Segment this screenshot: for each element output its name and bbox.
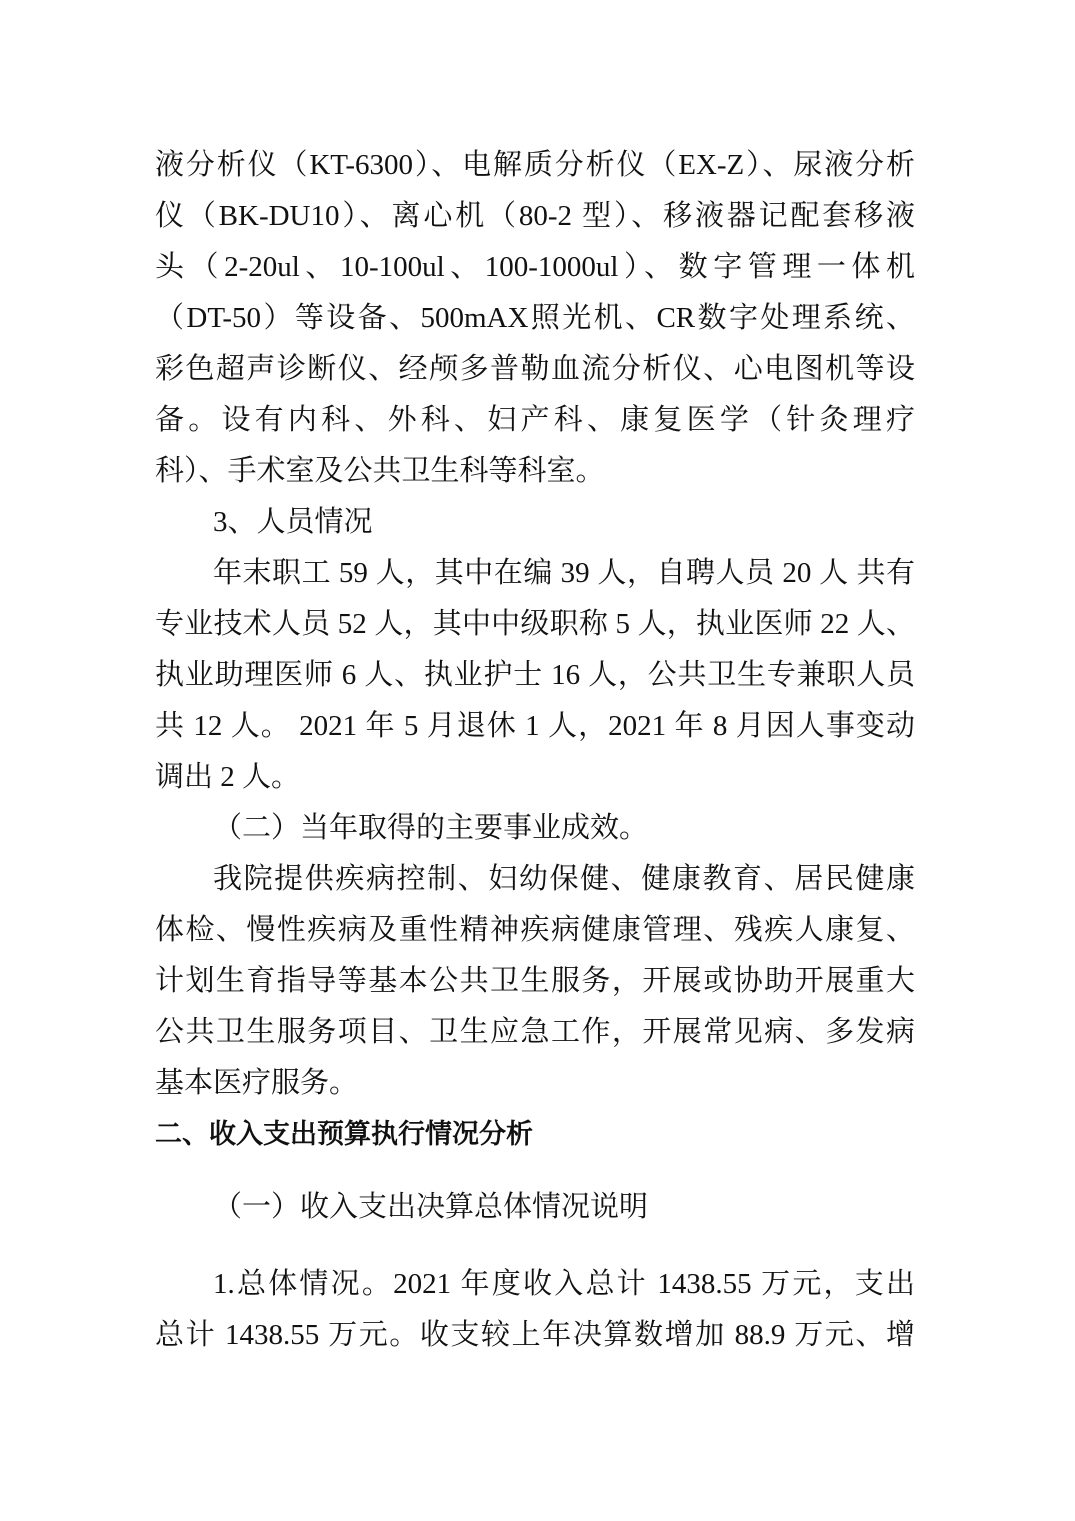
paragraph-services-line: 我院提供疾病控制、妇幼保健、健康教育、居民健康 <box>155 854 915 905</box>
paragraph-personnel-line: 执业助理医师 6 人、执业护士 16 人，公共卫生专兼职人员 <box>155 650 915 701</box>
paragraph-equipment-line: 头（2-20ul、10-100ul、100-1000ul）、数字管理一体机 <box>155 242 915 293</box>
subsection-2-title: （二）当年取得的主要事业成效。 <box>155 803 915 854</box>
paragraph-budget-line: 1.总体情况。2021 年度收入总计 1438.55 万元，支出 <box>155 1259 915 1310</box>
section-2-heading: 二、收入支出预算执行情况分析 <box>155 1109 915 1160</box>
paragraph-services-line-last: 基本医疗服务。 <box>155 1058 915 1109</box>
paragraph-personnel-line: 共 12 人。 2021 年 5 月退休 1 人，2021 年 8 月因人事变动 <box>155 701 915 752</box>
paragraph-equipment-line-last: 科）、手术室及公共卫生科等科室。 <box>155 446 915 497</box>
paragraph-equipment-line: 备。设有内科、外科、妇产科、康复医学（针灸理疗 <box>155 395 915 446</box>
paragraph-services-line: 体检、慢性疾病及重性精神疾病健康管理、残疾人康复、 <box>155 905 915 956</box>
paragraph-services-line: 公共卫生服务项目、卫生应急工作，开展常见病、多发病 <box>155 1007 915 1058</box>
paragraph-equipment-line: 彩色超声诊断仪、经颅多普勒血流分析仪、心电图机等设 <box>155 344 915 395</box>
paragraph-budget-line: 总计 1438.55 万元。收支较上年决算数增加 88.9 万元、增 <box>155 1310 915 1361</box>
paragraph-personnel-line: 年末职工 59 人，其中在编 39 人，自聘人员 20 人 共有 <box>155 548 915 599</box>
paragraph-equipment-line: 液分析仪（KT-6300）、电解质分析仪（EX-Z）、尿液分析 <box>155 140 915 191</box>
paragraph-personnel-line: 专业技术人员 52 人，其中中级职称 5 人，执业医师 22 人、 <box>155 599 915 650</box>
paragraph-equipment-line: 仪（BK-DU10）、离心机（80-2 型）、移液器记配套移液 <box>155 191 915 242</box>
paragraph-personnel-line-last: 调出 2 人。 <box>155 752 915 803</box>
document-text-block: 液分析仪（KT-6300）、电解质分析仪（EX-Z）、尿液分析 仪（BK-DU1… <box>155 140 915 1361</box>
subsection-1-title: （一）收入支出决算总体情况说明 <box>155 1182 915 1233</box>
paragraph-services-line: 计划生育指导等基本公共卫生服务，开展或协助开展重大 <box>155 956 915 1007</box>
document-page: 液分析仪（KT-6300）、电解质分析仪（EX-Z）、尿液分析 仪（BK-DU1… <box>0 0 1075 1521</box>
paragraph-equipment-line: （DT-50）等设备、500mAX照光机、CR数字处理系统、 <box>155 293 915 344</box>
list-item-3-personnel-title: 3、人员情况 <box>155 497 915 548</box>
